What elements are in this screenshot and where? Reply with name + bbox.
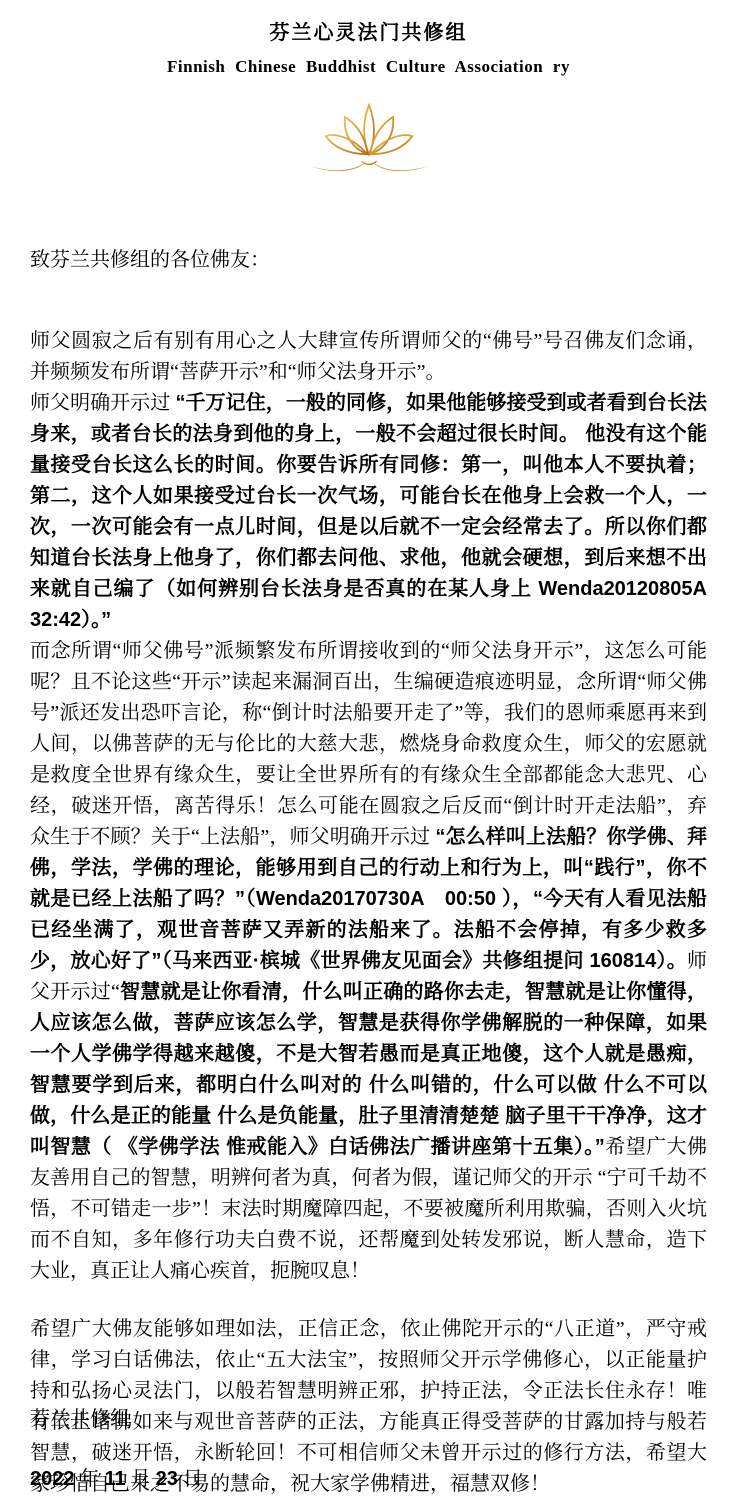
date-month-unit: 月: [131, 1468, 151, 1490]
lotus-icon: [303, 99, 435, 177]
text-run: 师父圆寂之后有别有用心之人大肆宣传所谓师父的“佛号”号召佛友们念诵，并频频发布所…: [30, 330, 707, 383]
date-year: 2022: [30, 1468, 75, 1490]
quote-bold-run: “千万记住，一般的同修，如果他能够接受到或者看到台长法身来，或者台长的法身到他的…: [30, 392, 707, 631]
org-subtitle: Finnish Chinese Buddhist Culture Associa…: [30, 57, 707, 77]
quote-bold-run: 智慧就是让你看清，什么叫正确的路你去走，智慧就是让你懂得，人应该怎么做，菩萨应该…: [30, 981, 707, 1158]
signature: 芬兰共修组: [30, 1402, 203, 1431]
letter-date: 2022 年 11 月 23 日: [30, 1462, 203, 1491]
letter-body: 师父圆寂之后有别有用心之人大肆宣传所谓师父的“佛号”号召佛友们念诵，并频频发布所…: [30, 326, 707, 1500]
date-day-unit: 日: [183, 1468, 203, 1490]
paragraph: 而念所谓“师父佛号”派频繁发布所谓接收到的“师父法身开示”，这怎么可能呢？且不论…: [30, 636, 707, 1287]
date-day: 23: [156, 1468, 178, 1490]
paragraph: 师父明确开示过 “千万记住，一般的同修，如果他能够接受到或者看到台长法身来，或者…: [30, 388, 707, 636]
date-month: 11: [105, 1468, 126, 1490]
logo-container: [30, 99, 707, 179]
letter-greeting: 致芬兰共修组的各位佛友：: [30, 243, 707, 272]
letter-footer: 芬兰共修组 2022 年 11 月 23 日: [30, 1402, 203, 1491]
paragraph: 师父圆寂之后有别有用心之人大肆宣传所谓师父的“佛号”号召佛友们念诵，并频频发布所…: [30, 326, 707, 388]
date-year-unit: 年: [80, 1468, 100, 1490]
text-run: 师父明确开示过: [30, 392, 175, 414]
letter-page: 芬兰心灵法门共修组 Finnish Chinese Buddhist Cultu…: [0, 0, 737, 1500]
text-run: 而念所谓“师父佛号”派频繁发布所谓接收到的“师父法身开示”，这怎么可能呢？且不论…: [30, 640, 707, 848]
org-title: 芬兰心灵法门共修组: [30, 0, 707, 45]
